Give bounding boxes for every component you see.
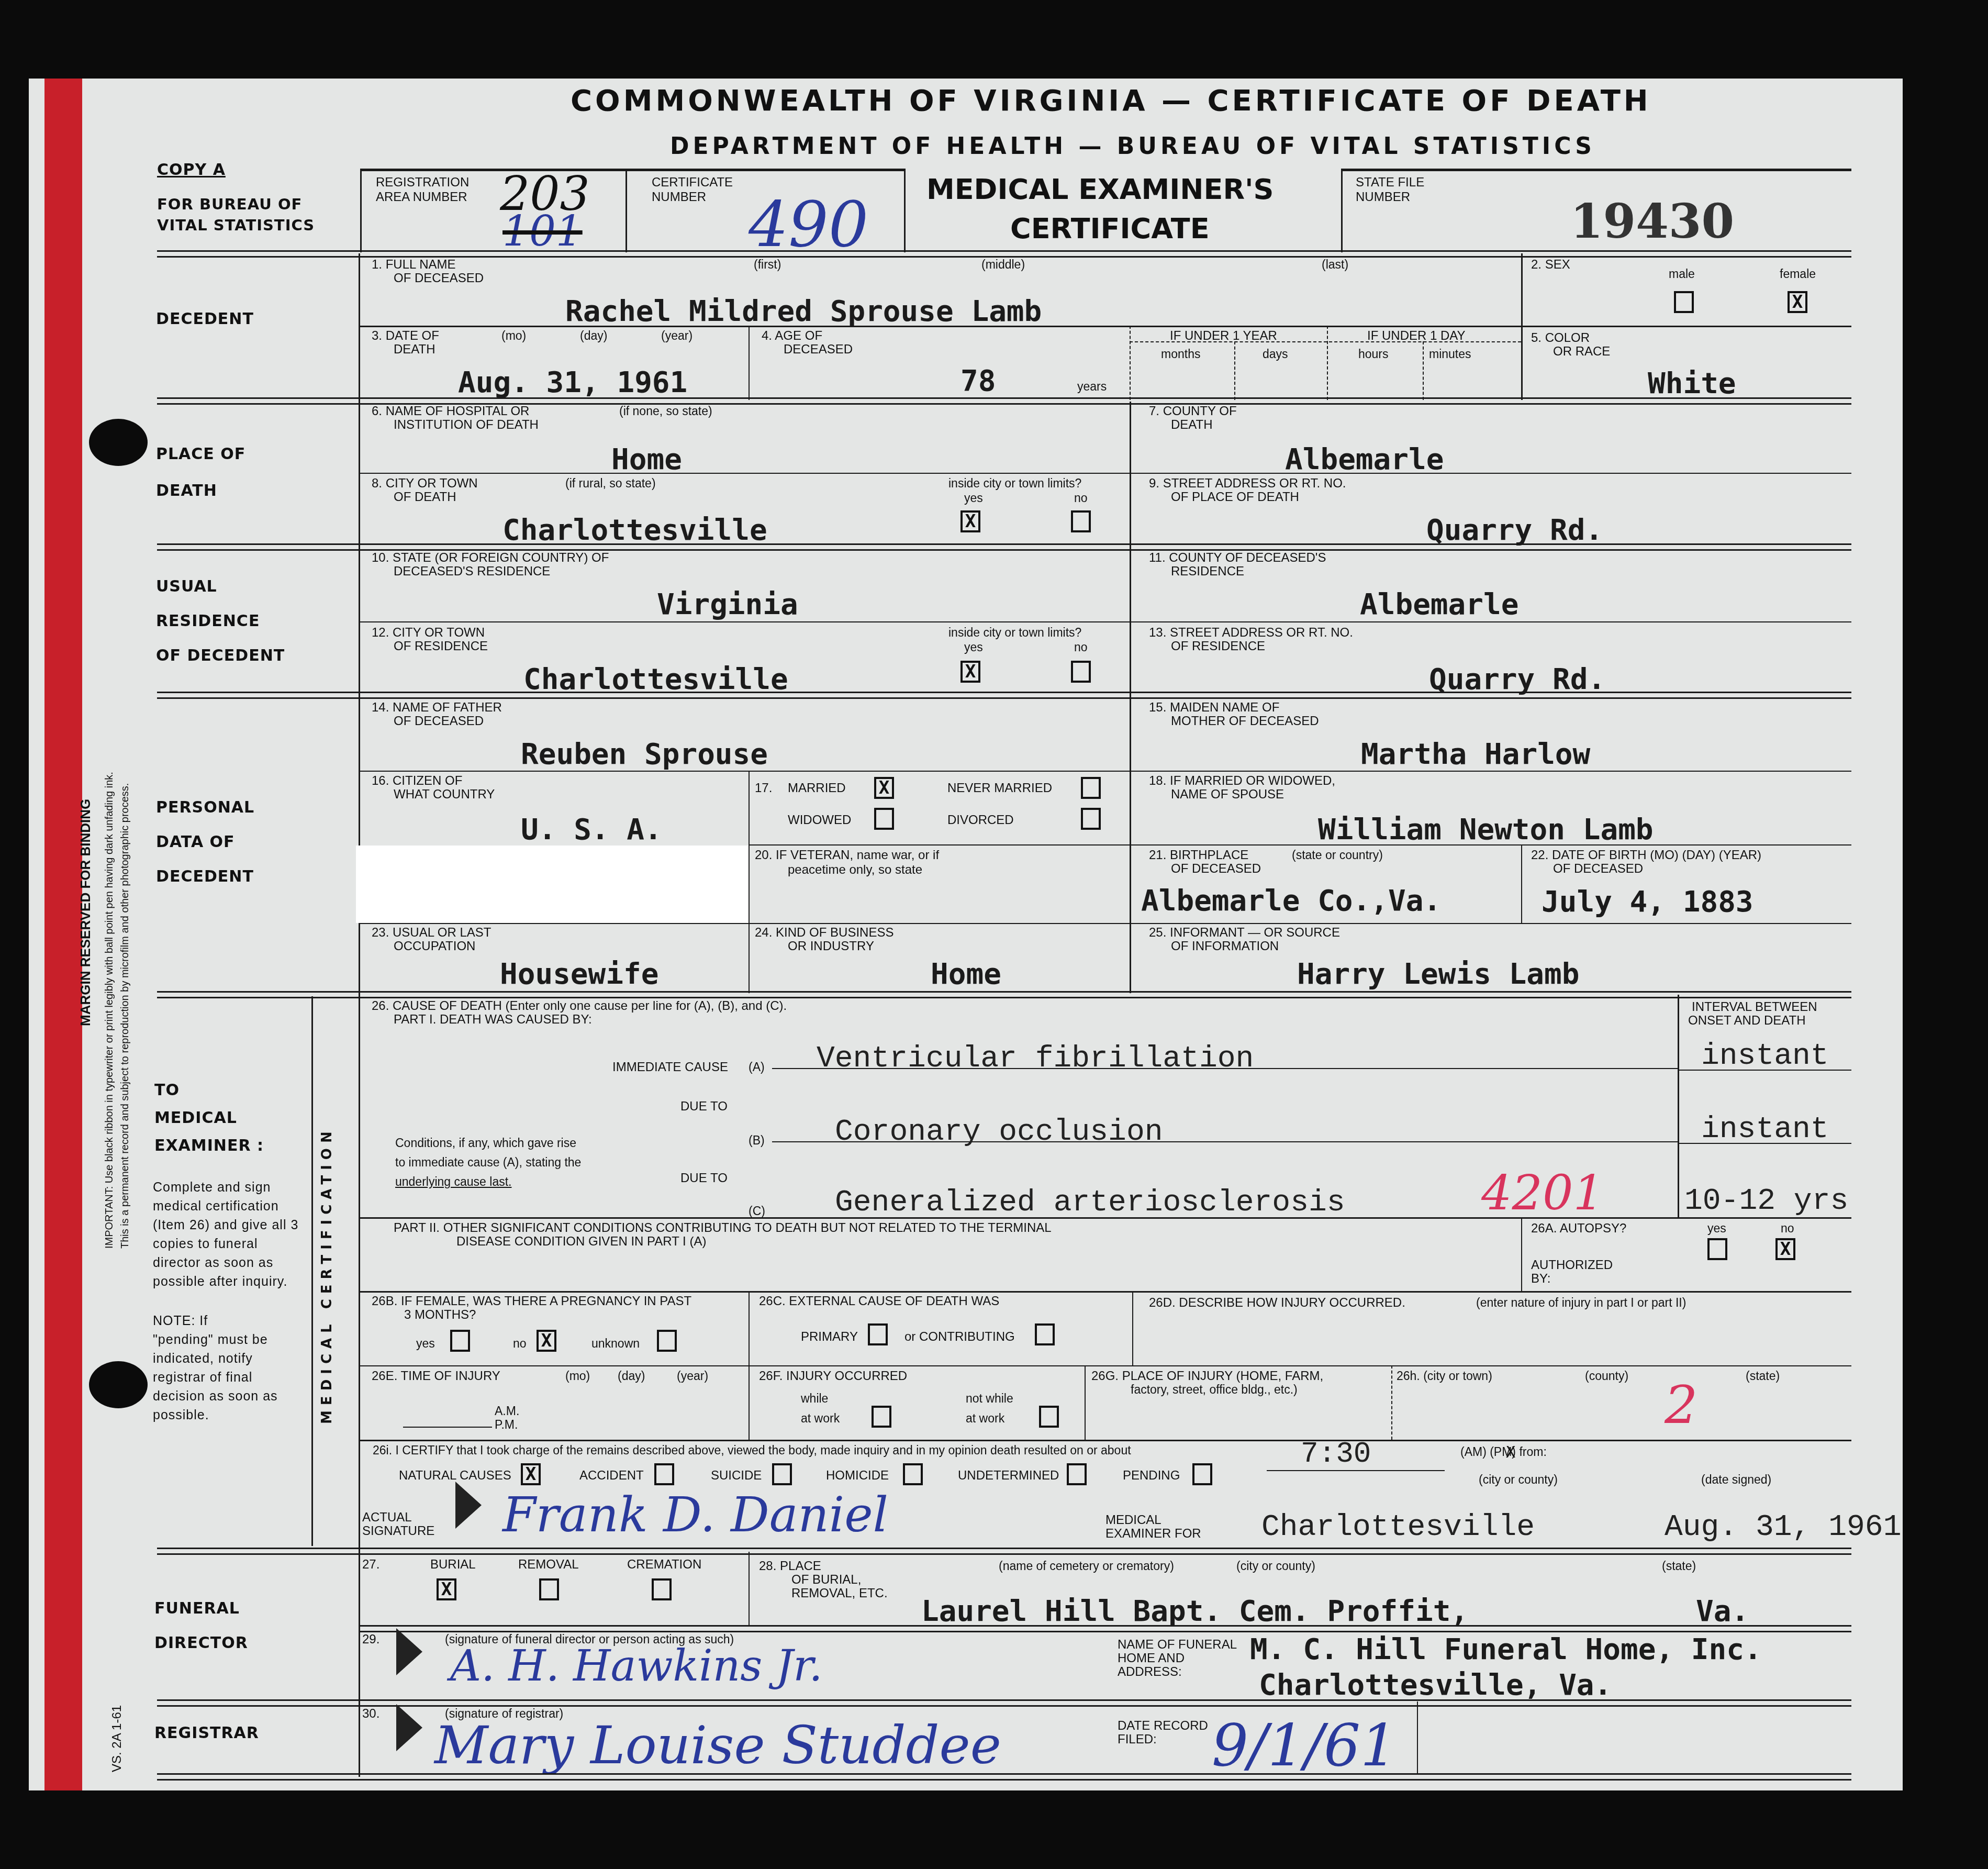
external-contributing-checkbox[interactable] <box>1035 1323 1055 1345</box>
to-me-note-line: medical certification <box>153 1197 326 1216</box>
suicide-label: SUICIDE <box>711 1468 762 1483</box>
months-label: months <box>1161 347 1200 361</box>
middle-name-hint: (middle) <box>981 258 1025 272</box>
field-10-label-1: 10. STATE (OR FOREIGN COUNTRY) OF <box>372 551 609 565</box>
field-17-label: 17. <box>755 781 772 796</box>
rule-bottom <box>157 1773 1851 1781</box>
field-16-label-2: WHAT COUNTRY <box>394 787 495 802</box>
cemetery-hint: (name of cemetery or crematory) <box>999 1559 1174 1573</box>
autopsy-no-checkbox[interactable]: X <box>1775 1238 1795 1260</box>
to-me-note-line: (Item 26) and give all 3 <box>153 1216 326 1234</box>
date-of-birth-value: July 4, 1883 <box>1542 885 1754 919</box>
to-me-note-line: copies to funeral <box>153 1234 326 1253</box>
registration-label-2: AREA NUMBER <box>376 190 467 205</box>
days-label: days <box>1263 347 1288 361</box>
field-9-label-2: OF PLACE OF DEATH <box>1171 490 1299 505</box>
document-title: COMMONWEALTH OF VIRGINIA — CERTIFICATE O… <box>571 84 1651 118</box>
rule-residence-bottom <box>157 692 1851 699</box>
field-15-label-2: MOTHER OF DECEASED <box>1171 714 1319 729</box>
field-23-label-2: OCCUPATION <box>394 939 475 954</box>
field-18-label-1: 18. IF MARRIED OR WIDOWED, <box>1149 774 1335 788</box>
place-of-burial-label-2: OF BURIAL, <box>791 1573 861 1587</box>
section-registrar: REGISTRAR <box>154 1716 259 1751</box>
header-box-top <box>360 169 904 171</box>
me-date-signed-value: Aug. 31, 1961 <box>1665 1510 1901 1544</box>
field-8-yes: yes <box>964 491 983 505</box>
section-usual-residence-2: RESIDENCE <box>156 604 260 639</box>
form-title-line2: CERTIFICATE <box>1010 212 1210 245</box>
burial-label: BURIAL <box>430 1557 476 1572</box>
field-8-limits: inside city or town limits? <box>948 476 1081 491</box>
field-8-no: no <box>1074 491 1088 505</box>
citizenship-value: U. S. A. <box>521 813 662 847</box>
certify-city-hint: (city or county) <box>1479 1473 1558 1487</box>
street-of-death-value: Quarry Rd. <box>1426 513 1603 547</box>
am-pm-label: (AM) (PM) from: <box>1460 1445 1547 1459</box>
sex-male-label: male <box>1669 267 1695 281</box>
injury-time-line <box>403 1427 492 1428</box>
injury-col-divider-3 <box>1085 1365 1086 1440</box>
last-name-hint: (last) <box>1322 258 1348 272</box>
field-23-label-1: 23. USUAL OR LAST <box>372 926 492 940</box>
to-me-note-line: Complete and sign <box>153 1178 326 1197</box>
cause-code-annotation: 4201 <box>1481 1165 1604 1221</box>
header-box-left <box>360 169 362 252</box>
injury-not-at-work-checkbox[interactable] <box>1039 1406 1059 1428</box>
residence-inside-limits-yes-checkbox[interactable]: X <box>961 661 980 683</box>
cause-b-interval: instant <box>1701 1112 1829 1147</box>
rule-row17 <box>749 844 1851 845</box>
cause-b-value: Coronary occlusion <box>835 1115 1163 1149</box>
me-city-value: Charlottesville <box>1261 1510 1535 1544</box>
death-inside-limits-no-checkbox[interactable] <box>1071 510 1091 532</box>
under-day-label: IF UNDER 1 DAY <box>1367 329 1466 343</box>
disposition-label: 27. <box>362 1557 379 1572</box>
pending-note-line: NOTE: If <box>153 1311 326 1330</box>
interval-b-line <box>1678 1143 1851 1144</box>
cause-a-interval: instant <box>1701 1039 1829 1073</box>
section-funeral-director-2: DIRECTOR <box>154 1626 248 1661</box>
registration-number-struck: 101 <box>502 207 583 255</box>
punch-hole-top <box>89 419 148 466</box>
injury-at-work-label: at work <box>801 1411 840 1426</box>
burial-state-hint: (state) <box>1662 1559 1696 1573</box>
due-to-label-1: DUE TO <box>680 1099 728 1114</box>
state-file-label-1: STATE FILE <box>1356 175 1424 190</box>
external-cause-label: 26c. EXTERNAL CAUSE OF DEATH WAS <box>759 1294 999 1309</box>
cremation-checkbox[interactable] <box>652 1578 672 1600</box>
registrar-divider <box>1417 1701 1418 1775</box>
actual-signature-label-1: ACTUAL <box>362 1510 412 1525</box>
injury-annotation: 2 <box>1665 1374 1698 1436</box>
pregnancy-unknown-label: unknown <box>591 1337 640 1351</box>
pending-note-line: decision as soon as <box>153 1387 326 1406</box>
death-time-value: 7:30 <box>1301 1437 1371 1471</box>
field-8-hint: (if rural, so state) <box>565 476 656 491</box>
field-12-label-1: 12. CITY OR TOWN <box>372 626 485 640</box>
field-6-label-2: INSTITUTION OF DEATH <box>394 418 539 432</box>
injury-at-work-checkbox[interactable] <box>872 1406 891 1428</box>
funeral-director-signature: A. H. Hawkins Jr. <box>450 1641 823 1691</box>
residence-inside-limits-no-checkbox[interactable] <box>1071 661 1091 683</box>
burial-checkbox[interactable]: X <box>437 1578 456 1600</box>
age-value: 78 <box>961 364 996 398</box>
external-primary-label: PRIMARY <box>801 1330 858 1344</box>
injury-day-hint: (day) <box>618 1369 645 1383</box>
autopsy-yes-label: yes <box>1707 1221 1726 1236</box>
rule-row26b <box>360 1365 1851 1366</box>
injury-describe-hint: (enter nature of injury in part I or par… <box>1476 1296 1686 1310</box>
place-of-burial-value: Laurel Hill Bapt. Cem. Proffit, <box>921 1594 1468 1628</box>
place-of-burial-label-1: 28. PLACE <box>759 1559 821 1574</box>
date-mo-hint: (mo) <box>501 329 526 343</box>
section-decedent: DECEDENT <box>156 302 254 337</box>
field-24-label-1: 24. KIND OF BUSINESS <box>755 926 894 940</box>
widowed-label: WIDOWED <box>788 813 851 828</box>
header-box-right <box>904 169 906 252</box>
field-3-label-1: 3. DATE OF <box>372 329 439 343</box>
injury-col-divider-4 <box>1391 1365 1392 1440</box>
place-of-injury-label-1: 26g. PLACE OF INJURY (home, farm, <box>1091 1369 1323 1384</box>
color-race-value: White <box>1648 366 1736 400</box>
divorced-checkbox[interactable] <box>1081 808 1101 830</box>
form-code: VS. 2A 1-61 <box>110 1705 125 1772</box>
homicide-label: HOMICIDE <box>826 1468 889 1483</box>
injury-city-hint: 26h. (city or town) <box>1397 1369 1492 1383</box>
undetermined-checkbox[interactable] <box>1067 1463 1087 1485</box>
cause-c-tag: (C) <box>749 1204 765 1218</box>
never-married-checkbox[interactable] <box>1081 777 1101 799</box>
pending-note-line: indicated, notify <box>153 1349 326 1368</box>
injury-mo-hint: (mo) <box>565 1369 590 1383</box>
pregnancy-label-1: 26b. IF FEMALE, WAS THERE A PREGNANCY IN… <box>372 1294 691 1309</box>
birthplace-value: Albemarle Co.,Va. <box>1141 884 1441 918</box>
field-8-label-1: 8. CITY OR TOWN <box>372 476 478 491</box>
header-box-divider <box>626 169 627 252</box>
sex-male-checkbox[interactable] <box>1674 291 1694 313</box>
due-to-label-2: DUE TO <box>680 1171 728 1186</box>
full-name-value: Rachel Mildred Sprouse Lamb <box>565 294 1042 328</box>
removal-label: REMOVAL <box>518 1557 579 1572</box>
field-24-label-2: OR INDUSTRY <box>788 939 874 954</box>
city-of-death-value: Charlottesville <box>502 513 767 547</box>
injury-pm: P.M. <box>495 1418 518 1432</box>
field-16-label-1: 16. CITIZEN OF <box>372 774 462 788</box>
hours-minutes-divider <box>1423 341 1424 400</box>
accident-label: ACCIDENT <box>579 1468 644 1483</box>
injury-not-at-work-label: at work <box>966 1411 1004 1426</box>
rule-medical-bottom <box>157 1548 1851 1555</box>
natural-causes-checkbox[interactable]: X <box>521 1463 541 1485</box>
pending-label: PENDING <box>1123 1468 1180 1483</box>
injury-year-hint: (year) <box>677 1369 708 1383</box>
under-year-label: IF UNDER 1 YEAR <box>1170 329 1277 343</box>
injury-describe-label: 26d. DESCRIBE HOW INJURY OCCURRED. <box>1149 1296 1405 1310</box>
funeral-home-city: Charlottesville, Va. <box>1259 1668 1612 1702</box>
cause-c-interval: 10-12 yrs <box>1684 1184 1848 1218</box>
pregnancy-no-label: no <box>513 1337 527 1351</box>
injury-am: A.M. <box>495 1404 519 1418</box>
registrar-signature: Mary Louise Studdee <box>434 1715 1001 1776</box>
burial-city-hint: (city or county) <box>1236 1559 1315 1573</box>
pending-note-line: possible. <box>153 1406 326 1425</box>
part2-label-1: PART II. OTHER SIGNIFICANT CONDITIONS CO… <box>394 1221 1052 1236</box>
minutes-label: minutes <box>1429 347 1471 361</box>
suicide-checkbox[interactable] <box>772 1463 792 1485</box>
personal-col-divider <box>749 771 750 993</box>
pregnancy-yes-checkbox[interactable] <box>450 1330 470 1352</box>
field-6-hint: (if none, so state) <box>619 404 712 418</box>
binding-margin-label: MARGIN RESERVED FOR BINDING <box>77 799 94 1026</box>
rule-part1-bottom <box>360 1217 1851 1219</box>
date-filed-value: 9/1/61 <box>1212 1712 1397 1779</box>
section-personal-data-2: DATA OF <box>156 825 235 860</box>
disposition-divider <box>749 1552 750 1627</box>
field-15-label-1: 15. MAIDEN NAME OF <box>1149 700 1279 715</box>
year-day-divider <box>1327 326 1328 400</box>
punch-hole-bottom <box>89 1361 148 1408</box>
state-file-label-2: NUMBER <box>1356 190 1410 205</box>
funeral-sign-arrow-icon <box>396 1628 422 1675</box>
state-file-number: 19430 <box>1570 194 1734 249</box>
field-25-label-2: OF INFORMATION <box>1171 939 1279 954</box>
hours-label: hours <box>1358 347 1389 361</box>
rule-row26e <box>360 1440 1851 1441</box>
field-22-label-1: 22. DATE OF BIRTH (mo) (day) (year) <box>1531 848 1761 863</box>
injury-col-divider-2 <box>1132 1291 1133 1365</box>
to-me-instructions: Complete and sign medical certification … <box>153 1178 326 1291</box>
injury-occurred-label: 26f. INJURY OCCURRED <box>759 1369 907 1384</box>
county-of-death-value: Albemarle <box>1285 442 1444 476</box>
certify-date-hint: (date signed) <box>1701 1473 1771 1487</box>
registrar-sig-number: 30. <box>362 1707 379 1721</box>
field-21-hint: (state or country) <box>1292 848 1383 862</box>
death-time-line <box>1267 1470 1445 1471</box>
state-of-residence-value: Virginia <box>657 587 798 621</box>
field-6-label-1: 6. NAME OF HOSPITAL OR <box>372 404 529 419</box>
section-personal-data-3: DECEDENT <box>156 860 254 894</box>
natural-causes-label: NATURAL CAUSES <box>399 1468 511 1483</box>
age-unit: years <box>1077 380 1107 394</box>
me-for-label-2: EXAMINER FOR <box>1105 1527 1201 1541</box>
rule-header-bottom <box>157 250 1851 258</box>
field-20-label-1: 20. IF VETERAN, name war, or if <box>755 848 939 863</box>
pregnancy-no-checkbox[interactable]: X <box>537 1330 556 1352</box>
cremation-label: CREMATION <box>627 1557 701 1572</box>
field-14-label-1: 14. NAME OF FATHER <box>372 700 502 715</box>
cause-label-2: PART I. DEATH WAS CAUSED BY: <box>394 1013 592 1027</box>
field-3-label-2: DEATH <box>394 342 435 357</box>
conditions-note-line: Conditions, if any, which gave rise <box>395 1133 581 1153</box>
county-of-residence-value: Albemarle <box>1360 587 1518 621</box>
hospital-value: Home <box>611 442 682 476</box>
never-married-label: NEVER MARRIED <box>947 781 1052 796</box>
immediate-cause-label: IMMEDIATE CAUSE <box>612 1060 728 1075</box>
authorized-label-2: BY: <box>1531 1272 1550 1286</box>
rule-personal-bottom <box>157 991 1851 998</box>
to-me-note-line: director as soon as <box>153 1253 326 1272</box>
married-checkbox[interactable]: X <box>874 777 894 799</box>
interval-label-1: INTERVAL BETWEEN <box>1692 1000 1817 1015</box>
date-day-hint: (day) <box>580 329 607 343</box>
time-of-injury-label: 26e. TIME OF INJURY <box>372 1369 500 1384</box>
field-21-label-1: 21. BIRTHPLACE <box>1149 848 1248 863</box>
removal-checkbox[interactable] <box>539 1578 559 1600</box>
pending-note: NOTE: If "pending" must be indicated, no… <box>153 1311 326 1425</box>
burial-state-value: Va. <box>1696 1594 1749 1628</box>
redacted-field-19 <box>356 845 749 923</box>
binding-margin-stripe <box>44 79 82 1790</box>
age-under-divider <box>1130 326 1131 400</box>
important-note-line1: IMPORTANT: Use black ribbon in typewrite… <box>104 772 116 1249</box>
field-13-label-2: OF RESIDENCE <box>1171 639 1265 654</box>
section-usual-residence-1: USUAL <box>156 570 217 604</box>
pending-note-line: registrar of final <box>153 1368 326 1387</box>
copy-label: COPY A <box>157 160 226 181</box>
field-12-limits: inside city or town limits? <box>948 626 1081 640</box>
injury-while-label: while <box>801 1392 828 1406</box>
undetermined-label: UNDETERMINED <box>958 1468 1059 1483</box>
section-funeral-director-1: FUNERAL <box>154 1592 240 1626</box>
field-1-label-2: OF DECEASED <box>394 271 484 286</box>
field-7-label-2: DEATH <box>1171 418 1213 432</box>
death-inside-limits-yes-checkbox[interactable]: X <box>961 510 980 532</box>
field-21-label-2: OF DECEASED <box>1171 862 1261 876</box>
funeral-sig-number: 29. <box>362 1632 379 1647</box>
place-of-burial-label-3: REMOVAL, ETC. <box>791 1586 888 1601</box>
rule-place-bottom <box>157 543 1851 551</box>
me-for-label-1: MEDICAL <box>1105 1513 1161 1528</box>
field-1-label-1: 1. FULL NAME <box>372 258 456 272</box>
field-12-no: no <box>1074 640 1088 654</box>
conditions-note-line: to immediate cause (A), stating the <box>395 1153 581 1172</box>
certify-statement: 26i. I CERTIFY that I took charge of the… <box>373 1443 1131 1458</box>
field-11-label-1: 11. COUNTY OF DECEASED'S <box>1149 551 1326 565</box>
to-me-note-line: possible after inquiry. <box>153 1272 326 1291</box>
injury-county-hint: (county) <box>1585 1369 1628 1383</box>
sign-here-arrow-icon <box>455 1482 482 1529</box>
field-22-label-2: OF DECEASED <box>1553 862 1643 876</box>
funeral-home-label-3: ADDRESS: <box>1118 1665 1182 1679</box>
part2-label-2: DISEASE CONDITION GIVEN IN PART I (A) <box>456 1234 706 1249</box>
certificate-paper <box>29 79 1903 1790</box>
registration-label-1: REGISTRATION <box>376 175 469 190</box>
section-personal-data-1: PERSONAL <box>156 791 254 825</box>
field-18-label-2: NAME OF SPOUSE <box>1171 787 1284 802</box>
field-9-label-1: 9. STREET ADDRESS OR RT. NO. <box>1149 476 1346 491</box>
field-8-label-2: OF DEATH <box>394 490 456 505</box>
registrar-sign-arrow-icon <box>396 1704 422 1751</box>
pm-mark: X <box>1506 1443 1515 1462</box>
rule-row20 <box>360 923 1851 924</box>
field-10-label-2: DECEASED'S RESIDENCE <box>394 564 550 579</box>
field-7-label-1: 7. COUNTY OF <box>1149 404 1237 419</box>
widowed-checkbox[interactable] <box>874 808 894 830</box>
occupation-value: Housewife <box>500 957 658 991</box>
field-12-yes: yes <box>964 640 983 654</box>
field-11-label-2: RESIDENCE <box>1171 564 1244 579</box>
state-file-box-left <box>1341 169 1343 252</box>
field-13-label-1: 13. STREET ADDRESS OR RT. NO. <box>1149 626 1353 640</box>
field-14-label-2: OF DECEASED <box>394 714 484 729</box>
rule-row27 <box>360 1625 1851 1632</box>
business-value: Home <box>931 957 1001 991</box>
months-days-divider <box>1234 341 1235 400</box>
accident-checkbox[interactable] <box>654 1463 674 1485</box>
funeral-home-label-1: NAME OF FUNERAL <box>1118 1638 1237 1652</box>
field-4-label-2: DECEASED <box>784 342 853 357</box>
injury-state-hint: (state) <box>1746 1369 1780 1383</box>
section-usual-residence-3: OF DECEDENT <box>156 639 285 673</box>
funeral-home-label-2: HOME AND <box>1118 1651 1185 1666</box>
rule-row14 <box>360 771 1851 772</box>
autopsy-divider <box>1521 1217 1522 1291</box>
state-file-box-top <box>1341 169 1851 171</box>
homicide-checkbox[interactable] <box>903 1463 923 1485</box>
field-25-label-1: 25. INFORMANT — OR SOURCE <box>1149 926 1340 940</box>
cause-b-tag: (B) <box>749 1133 765 1148</box>
pending-checkbox[interactable] <box>1192 1463 1212 1485</box>
field-4-label-1: 4. AGE OF <box>762 329 822 343</box>
interval-a-line <box>1678 1070 1851 1071</box>
informant-value: Harry Lewis Lamb <box>1297 957 1579 991</box>
field-5-label-1: 5. COLOR <box>1531 331 1590 346</box>
first-name-hint: (first) <box>754 258 781 272</box>
section-to-me-3: EXAMINER : <box>154 1129 264 1163</box>
certificate-number-label-2: NUMBER <box>652 190 706 205</box>
cause-label-1: 26. CAUSE OF DEATH (Enter only one cause… <box>372 999 787 1014</box>
date-age-divider <box>749 326 750 400</box>
interval-divider <box>1678 995 1679 1217</box>
injury-not-while-label: not while <box>966 1392 1013 1406</box>
funeral-home-name: M. C. Hill Funeral Home, Inc. <box>1250 1632 1762 1666</box>
medical-examiner-signature: Frank D. Daniel <box>502 1487 888 1543</box>
sex-female-checkbox[interactable]: X <box>1788 291 1807 313</box>
pregnancy-unknown-checkbox[interactable] <box>657 1330 677 1352</box>
autopsy-no-label: no <box>1781 1221 1794 1236</box>
interval-label-2: ONSET AND DEATH <box>1688 1014 1805 1028</box>
document-subtitle: DEPARTMENT OF HEALTH — BUREAU OF VITAL S… <box>670 133 1595 160</box>
conditions-note-line: underlying cause last. <box>395 1172 581 1192</box>
date-filed-label-2: FILED: <box>1118 1732 1157 1747</box>
form-title-line1: MEDICAL EXAMINER'S <box>926 173 1274 206</box>
medical-cert-bracket <box>311 996 313 1546</box>
married-label: MARRIED <box>788 781 846 796</box>
birth-divider <box>1521 844 1522 923</box>
external-contributing-label: or CONTRIBUTING <box>904 1330 1015 1344</box>
conditions-note: Conditions, if any, which gave rise to i… <box>395 1133 581 1192</box>
section-place-of-death-2: DEATH <box>156 474 217 508</box>
mother-maiden-name-value: Martha Harlow <box>1361 737 1590 771</box>
place-of-injury-label-2: factory, street, office bldg., etc.) <box>1131 1383 1298 1397</box>
rule-decedent-bottom <box>157 397 1851 405</box>
date-year-hint: (year) <box>661 329 693 343</box>
rule-row10 <box>360 621 1851 622</box>
field-12-label-2: OF RESIDENCE <box>394 639 488 654</box>
cause-a-value: Ventricular fibrillation <box>817 1042 1254 1076</box>
pregnancy-yes-label: yes <box>416 1337 435 1351</box>
autopsy-yes-checkbox[interactable] <box>1707 1238 1727 1260</box>
external-primary-checkbox[interactable] <box>868 1323 888 1345</box>
field-2-label: 2. SEX <box>1531 258 1570 272</box>
autopsy-label: 26a. AUTOPSY? <box>1531 1221 1626 1236</box>
sex-female-label: female <box>1780 267 1816 281</box>
actual-signature-label-2: SIGNATURE <box>362 1524 434 1539</box>
date-of-death-value: Aug. 31, 1961 <box>458 365 687 399</box>
pending-note-line: "pending" must be <box>153 1330 326 1349</box>
authorized-label-1: AUTHORIZED <box>1531 1258 1613 1273</box>
date-filed-label-1: DATE RECORD <box>1118 1719 1208 1733</box>
